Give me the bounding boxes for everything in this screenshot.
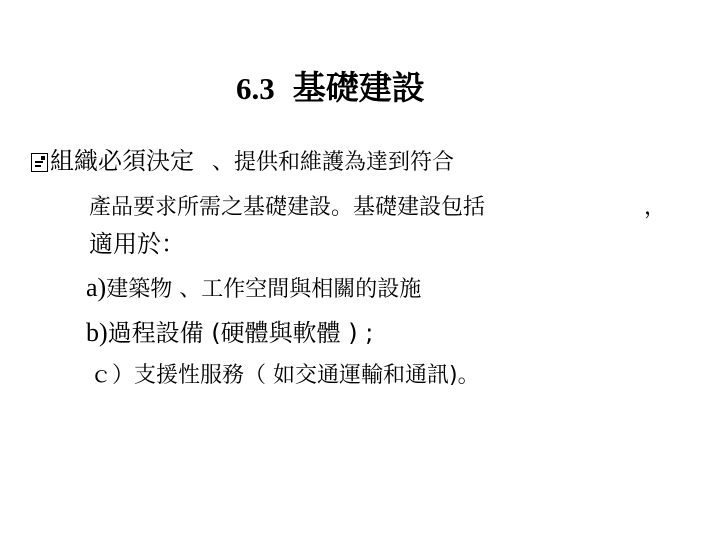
paragraph-line-1: 組織必須決定、提供和維護為達到符合 [50,146,454,178]
list-item-c: ｃ）支援性服務（ 如交通運輸和通訊)。 [90,361,480,391]
item-marker: ｃ） [90,363,134,388]
title-text: 基礎建設 [293,68,425,107]
title-number: 6.3 [236,71,275,106]
list-item-a: a)建築物 、工作空間與相關的設施 [86,273,421,305]
item-text: 建築物 、工作空間與相關的設施 [106,277,421,302]
list-item-b: b)過程設備 (硬體與軟體 ) ; [86,318,373,348]
para-text-3: 適用於： [89,230,185,258]
envelope-bullet-icon [31,153,48,172]
para-text-2: 產品要求所需之基礎建設。基礎建設包括 [89,195,485,220]
item-text: 支援性服務（ 如交通運輸和通訊)。 [134,363,480,388]
item-marker: a) [86,273,106,302]
item-text: 過程設備 (硬體與軟體 ) ; [108,319,374,347]
item-marker: b) [86,318,108,347]
slide-title: 6.3基礎建設 [236,62,425,109]
para-comma: ， [644,193,666,223]
para-text-1a: 組織必須決定 [50,147,194,175]
paragraph-line-3: 適用於： [89,229,185,259]
para-text-1b: 、提供和維護為達到符合 [212,150,454,175]
paragraph-line-2: 產品要求所需之基礎建設。基礎建設包括， [89,193,485,223]
